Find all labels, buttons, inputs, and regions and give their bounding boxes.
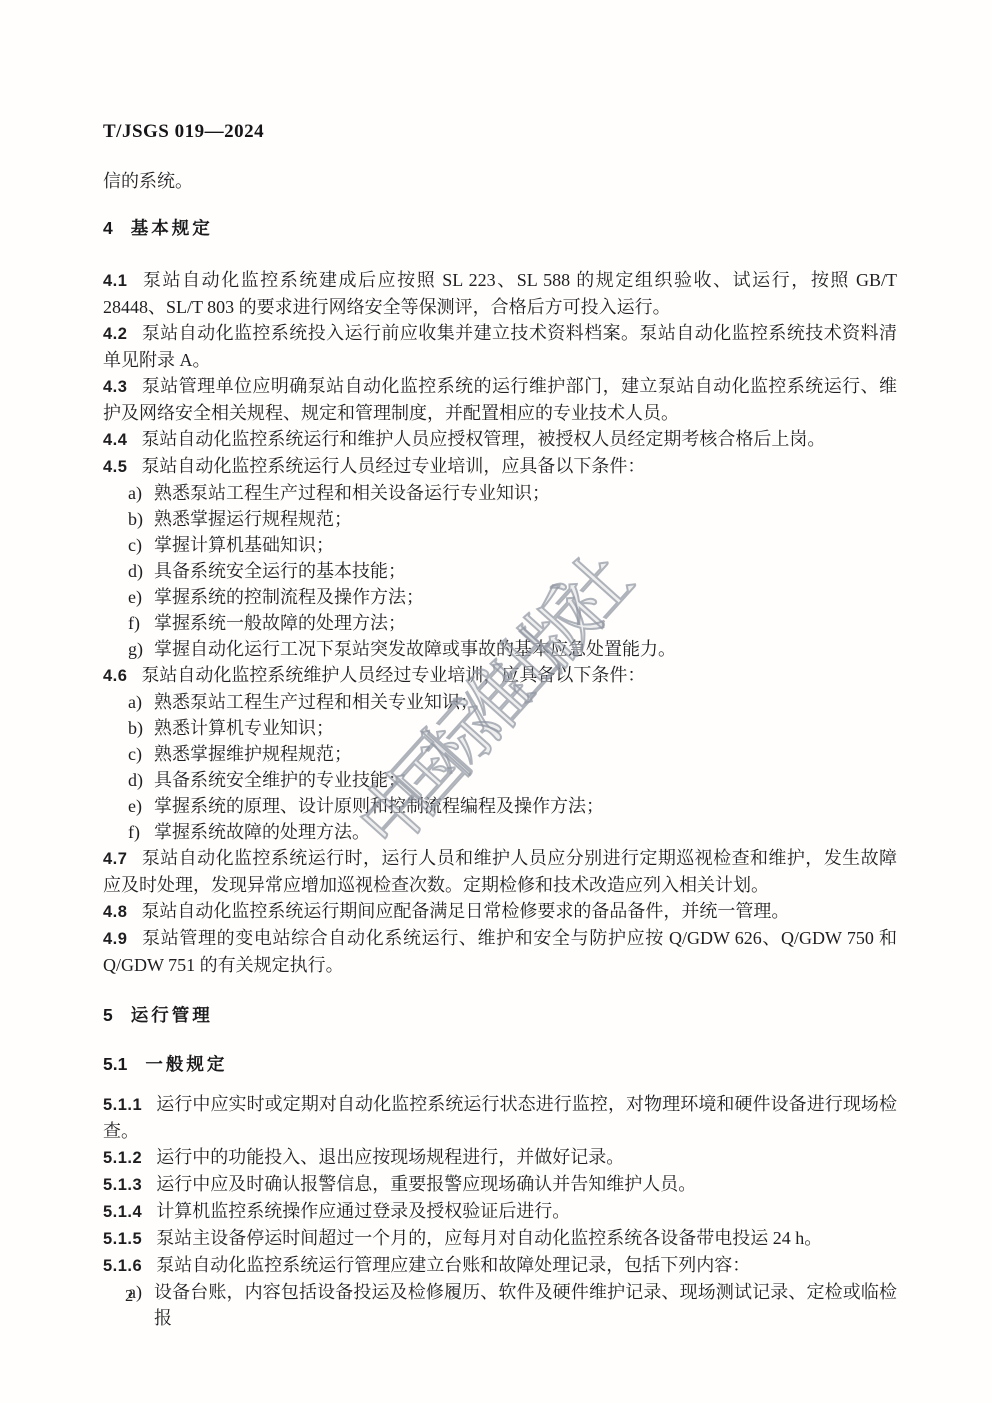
list-item-label: g) — [128, 636, 154, 662]
section-title: 运行管理 — [131, 1005, 213, 1025]
list-item-text: 熟悉计算机专业知识； — [154, 715, 897, 741]
list-item: c)掌握计算机基础知识； — [103, 532, 897, 558]
clause-number: 4.2 — [103, 325, 127, 343]
clause-4-1: 4.1泵站自动化监控系统建成后应按照 SL 223、SL 588 的规定组织验收… — [103, 267, 897, 320]
list-item-label: a) — [128, 689, 154, 715]
clause-number: 5.1.4 — [103, 1203, 142, 1221]
list-item: d)具备系统安全维护的专业技能； — [103, 767, 897, 793]
clause-number: 4.7 — [103, 850, 127, 868]
list-item: d)具备系统安全运行的基本技能； — [103, 558, 897, 584]
list-item-text: 熟悉泵站工程生产过程和相关专业知识； — [154, 689, 897, 715]
page-number: 2 — [125, 1286, 133, 1306]
clause-5-1-1: 5.1.1运行中应实时或定期对自动化监控系统运行状态进行监控，对物理环境和硬件设… — [103, 1091, 897, 1144]
list-item-text: 具备系统安全运行的基本技能； — [154, 558, 897, 584]
subsection-heading-5-1: 5.1一般规定 — [103, 1051, 897, 1077]
clause-number: 5.1.3 — [103, 1176, 142, 1194]
list-item-text: 具备系统安全维护的专业技能； — [154, 767, 897, 793]
clause-5-1-3: 5.1.3运行中应及时确认报警信息，重要报警应现场确认并告知维护人员。 — [103, 1171, 897, 1198]
clause-5-1-6: 5.1.6泵站自动化监控系统运行管理应建立台账和故障处理记录，包括下列内容： — [103, 1252, 897, 1279]
list-item-label: b) — [128, 506, 154, 532]
list-item: f)掌握系统故障的处理方法。 — [103, 819, 897, 845]
list-item-text: 掌握自动化运行工况下泵站突发故障或事故的基本应急处置能力。 — [154, 636, 897, 662]
list-item-label: f) — [128, 610, 154, 636]
list-item: e)掌握系统的控制流程及操作方法； — [103, 584, 897, 610]
section-number: 5 — [103, 1005, 113, 1025]
list-item: a)熟悉泵站工程生产过程和相关专业知识； — [103, 689, 897, 715]
list-item-label: d) — [128, 767, 154, 793]
list-item-label: c) — [128, 532, 154, 558]
clause-4-6: 4.6泵站自动化监控系统维护人员经过专业培训，应具备以下条件： — [103, 662, 897, 689]
list-item-label: c) — [128, 741, 154, 767]
clause-text: 泵站自动化监控系统维护人员经过专业培训，应具备以下条件： — [141, 665, 645, 685]
clause-5-1-2: 5.1.2运行中的功能投入、退出应按现场规程进行，并做好记录。 — [103, 1144, 897, 1171]
clause-text: 计算机监控系统操作应通过登录及授权验证后进行。 — [156, 1201, 570, 1221]
clause-number: 4.1 — [103, 272, 127, 290]
section-heading-5: 5运行管理 — [103, 1002, 897, 1028]
list-item: b)熟悉计算机专业知识； — [103, 715, 897, 741]
list-item-label: e) — [128, 793, 154, 819]
list-4-6: a)熟悉泵站工程生产过程和相关专业知识； b)熟悉计算机专业知识； c)熟悉掌握… — [103, 689, 897, 845]
clause-number: 5.1.5 — [103, 1230, 142, 1248]
clause-text: 运行中的功能投入、退出应按现场规程进行，并做好记录。 — [156, 1147, 624, 1167]
clause-4-8: 4.8泵站自动化监控系统运行期间应配备满足日常检修要求的备品备件，并统一管理。 — [103, 898, 897, 925]
standard-code-header: T/JSGS 019—2024 — [103, 121, 897, 143]
clause-number: 4.6 — [103, 667, 127, 685]
clause-5-1-4: 5.1.4计算机监控系统操作应通过登录及授权验证后进行。 — [103, 1198, 897, 1225]
list-item-text: 掌握系统一般故障的处理方法； — [154, 610, 897, 636]
list-item-label: d) — [128, 558, 154, 584]
clause-4-9: 4.9泵站管理的变电站综合自动化系统运行、维护和安全与防护应按 Q/GDW 62… — [103, 925, 897, 978]
list-item: a)设备台账，内容包括设备投运及检修履历、软件及硬件维护记录、现场测试记录、定检… — [103, 1279, 897, 1331]
list-item: g)掌握自动化运行工况下泵站突发故障或事故的基本应急处置能力。 — [103, 636, 897, 662]
list-item-text: 设备台账，内容包括设备投运及检修履历、软件及硬件维护记录、现场测试记录、定检或临… — [154, 1279, 897, 1331]
clause-4-3: 4.3泵站管理单位应明确泵站自动化监控系统的运行维护部门，建立泵站自动化监控系统… — [103, 373, 897, 426]
list-item-text: 熟悉泵站工程生产过程和相关设备运行专业知识； — [154, 480, 897, 506]
clause-text: 泵站自动化监控系统运行管理应建立台账和故障处理记录，包括下列内容： — [156, 1255, 750, 1275]
subsection-title: 一般规定 — [145, 1054, 227, 1074]
list-item: c)熟悉掌握维护规程规范； — [103, 741, 897, 767]
list-item-label: f) — [128, 819, 154, 845]
clause-number: 4.4 — [103, 431, 127, 449]
clause-number: 4.9 — [103, 930, 127, 948]
clause-text: 泵站自动化监控系统投入运行前应收集并建立技术资料档案。泵站自动化监控系统技术资料… — [103, 323, 897, 370]
list-item-text: 熟悉掌握维护规程规范； — [154, 741, 897, 767]
clause-text: 泵站自动化监控系统运行期间应配备满足日常检修要求的备品备件，并统一管理。 — [141, 901, 789, 921]
list-item-label: b) — [128, 715, 154, 741]
list-item-text: 掌握系统的原理、设计原则和控制流程编程及操作方法； — [154, 793, 897, 819]
list-item: f)掌握系统一般故障的处理方法； — [103, 610, 897, 636]
list-item-label: e) — [128, 584, 154, 610]
list-item-text: 掌握系统的控制流程及操作方法； — [154, 584, 897, 610]
clause-text: 泵站自动化监控系统建成后应按照 SL 223、SL 588 的规定组织验收、试运… — [103, 270, 897, 317]
list-item-text: 熟悉掌握运行规程规范； — [154, 506, 897, 532]
clause-number: 5.1.6 — [103, 1257, 142, 1275]
carryover-text: 信的系统。 — [103, 168, 897, 194]
clause-4-5: 4.5泵站自动化监控系统运行人员经过专业培训，应具备以下条件： — [103, 453, 897, 480]
list-5-1-6: a)设备台账，内容包括设备投运及检修履历、软件及硬件维护记录、现场测试记录、定检… — [103, 1279, 897, 1331]
clause-4-4: 4.4泵站自动化监控系统运行和维护人员应授权管理，被授权人员经定期考核合格后上岗… — [103, 426, 897, 453]
section-heading-4: 4基本规定 — [103, 215, 897, 241]
clause-text: 泵站管理单位应明确泵站自动化监控系统的运行维护部门，建立泵站自动化监控系统运行、… — [103, 376, 897, 423]
section-title: 基本规定 — [131, 218, 213, 238]
clause-5-1-5: 5.1.5泵站主设备停运时间超过一个月的，应每月对自动化监控系统各设备带电投运 … — [103, 1225, 897, 1252]
subsection-number: 5.1 — [103, 1054, 127, 1074]
clause-text: 泵站自动化监控系统运行和维护人员应授权管理，被授权人员经定期考核合格后上岗。 — [141, 429, 825, 449]
clause-number: 5.1.1 — [103, 1096, 142, 1114]
clause-4-2: 4.2泵站自动化监控系统投入运行前应收集并建立技术资料档案。泵站自动化监控系统技… — [103, 320, 897, 373]
clause-text: 运行中应实时或定期对自动化监控系统运行状态进行监控，对物理环境和硬件设备进行现场… — [103, 1094, 897, 1141]
list-item-text: 掌握系统故障的处理方法。 — [154, 819, 897, 845]
list-4-5: a)熟悉泵站工程生产过程和相关设备运行专业知识； b)熟悉掌握运行规程规范； c… — [103, 480, 897, 662]
page-content: T/JSGS 019—2024 信的系统。 4基本规定 4.1泵站自动化监控系统… — [103, 0, 897, 1331]
clause-text: 泵站管理的变电站综合自动化系统运行、维护和安全与防护应按 Q/GDW 626、Q… — [103, 928, 897, 975]
clause-number: 4.3 — [103, 378, 127, 396]
clause-text: 运行中应及时确认报警信息，重要报警应现场确认并告知维护人员。 — [156, 1174, 696, 1194]
clause-number: 4.5 — [103, 458, 127, 476]
clause-number: 4.8 — [103, 903, 127, 921]
clause-number: 5.1.2 — [103, 1149, 142, 1167]
section-number: 4 — [103, 218, 113, 238]
list-item: a)熟悉泵站工程生产过程和相关设备运行专业知识； — [103, 480, 897, 506]
list-item-text: 掌握计算机基础知识； — [154, 532, 897, 558]
clause-text: 泵站自动化监控系统运行时，运行人员和维护人员应分别进行定期巡视检查和维护，发生故… — [103, 848, 897, 895]
clause-text: 泵站主设备停运时间超过一个月的，应每月对自动化监控系统各设备带电投运 24 h。 — [156, 1228, 822, 1248]
list-item: b)熟悉掌握运行规程规范； — [103, 506, 897, 532]
list-item-label: a) — [128, 480, 154, 506]
clause-text: 泵站自动化监控系统运行人员经过专业培训，应具备以下条件： — [141, 456, 645, 476]
list-item: e)掌握系统的原理、设计原则和控制流程编程及操作方法； — [103, 793, 897, 819]
clause-4-7: 4.7泵站自动化监控系统运行时，运行人员和维护人员应分别进行定期巡视检查和维护，… — [103, 845, 897, 898]
document-page: 中国标准出版社 T/JSGS 019—2024 信的系统。 4基本规定 4.1泵… — [0, 0, 992, 1403]
